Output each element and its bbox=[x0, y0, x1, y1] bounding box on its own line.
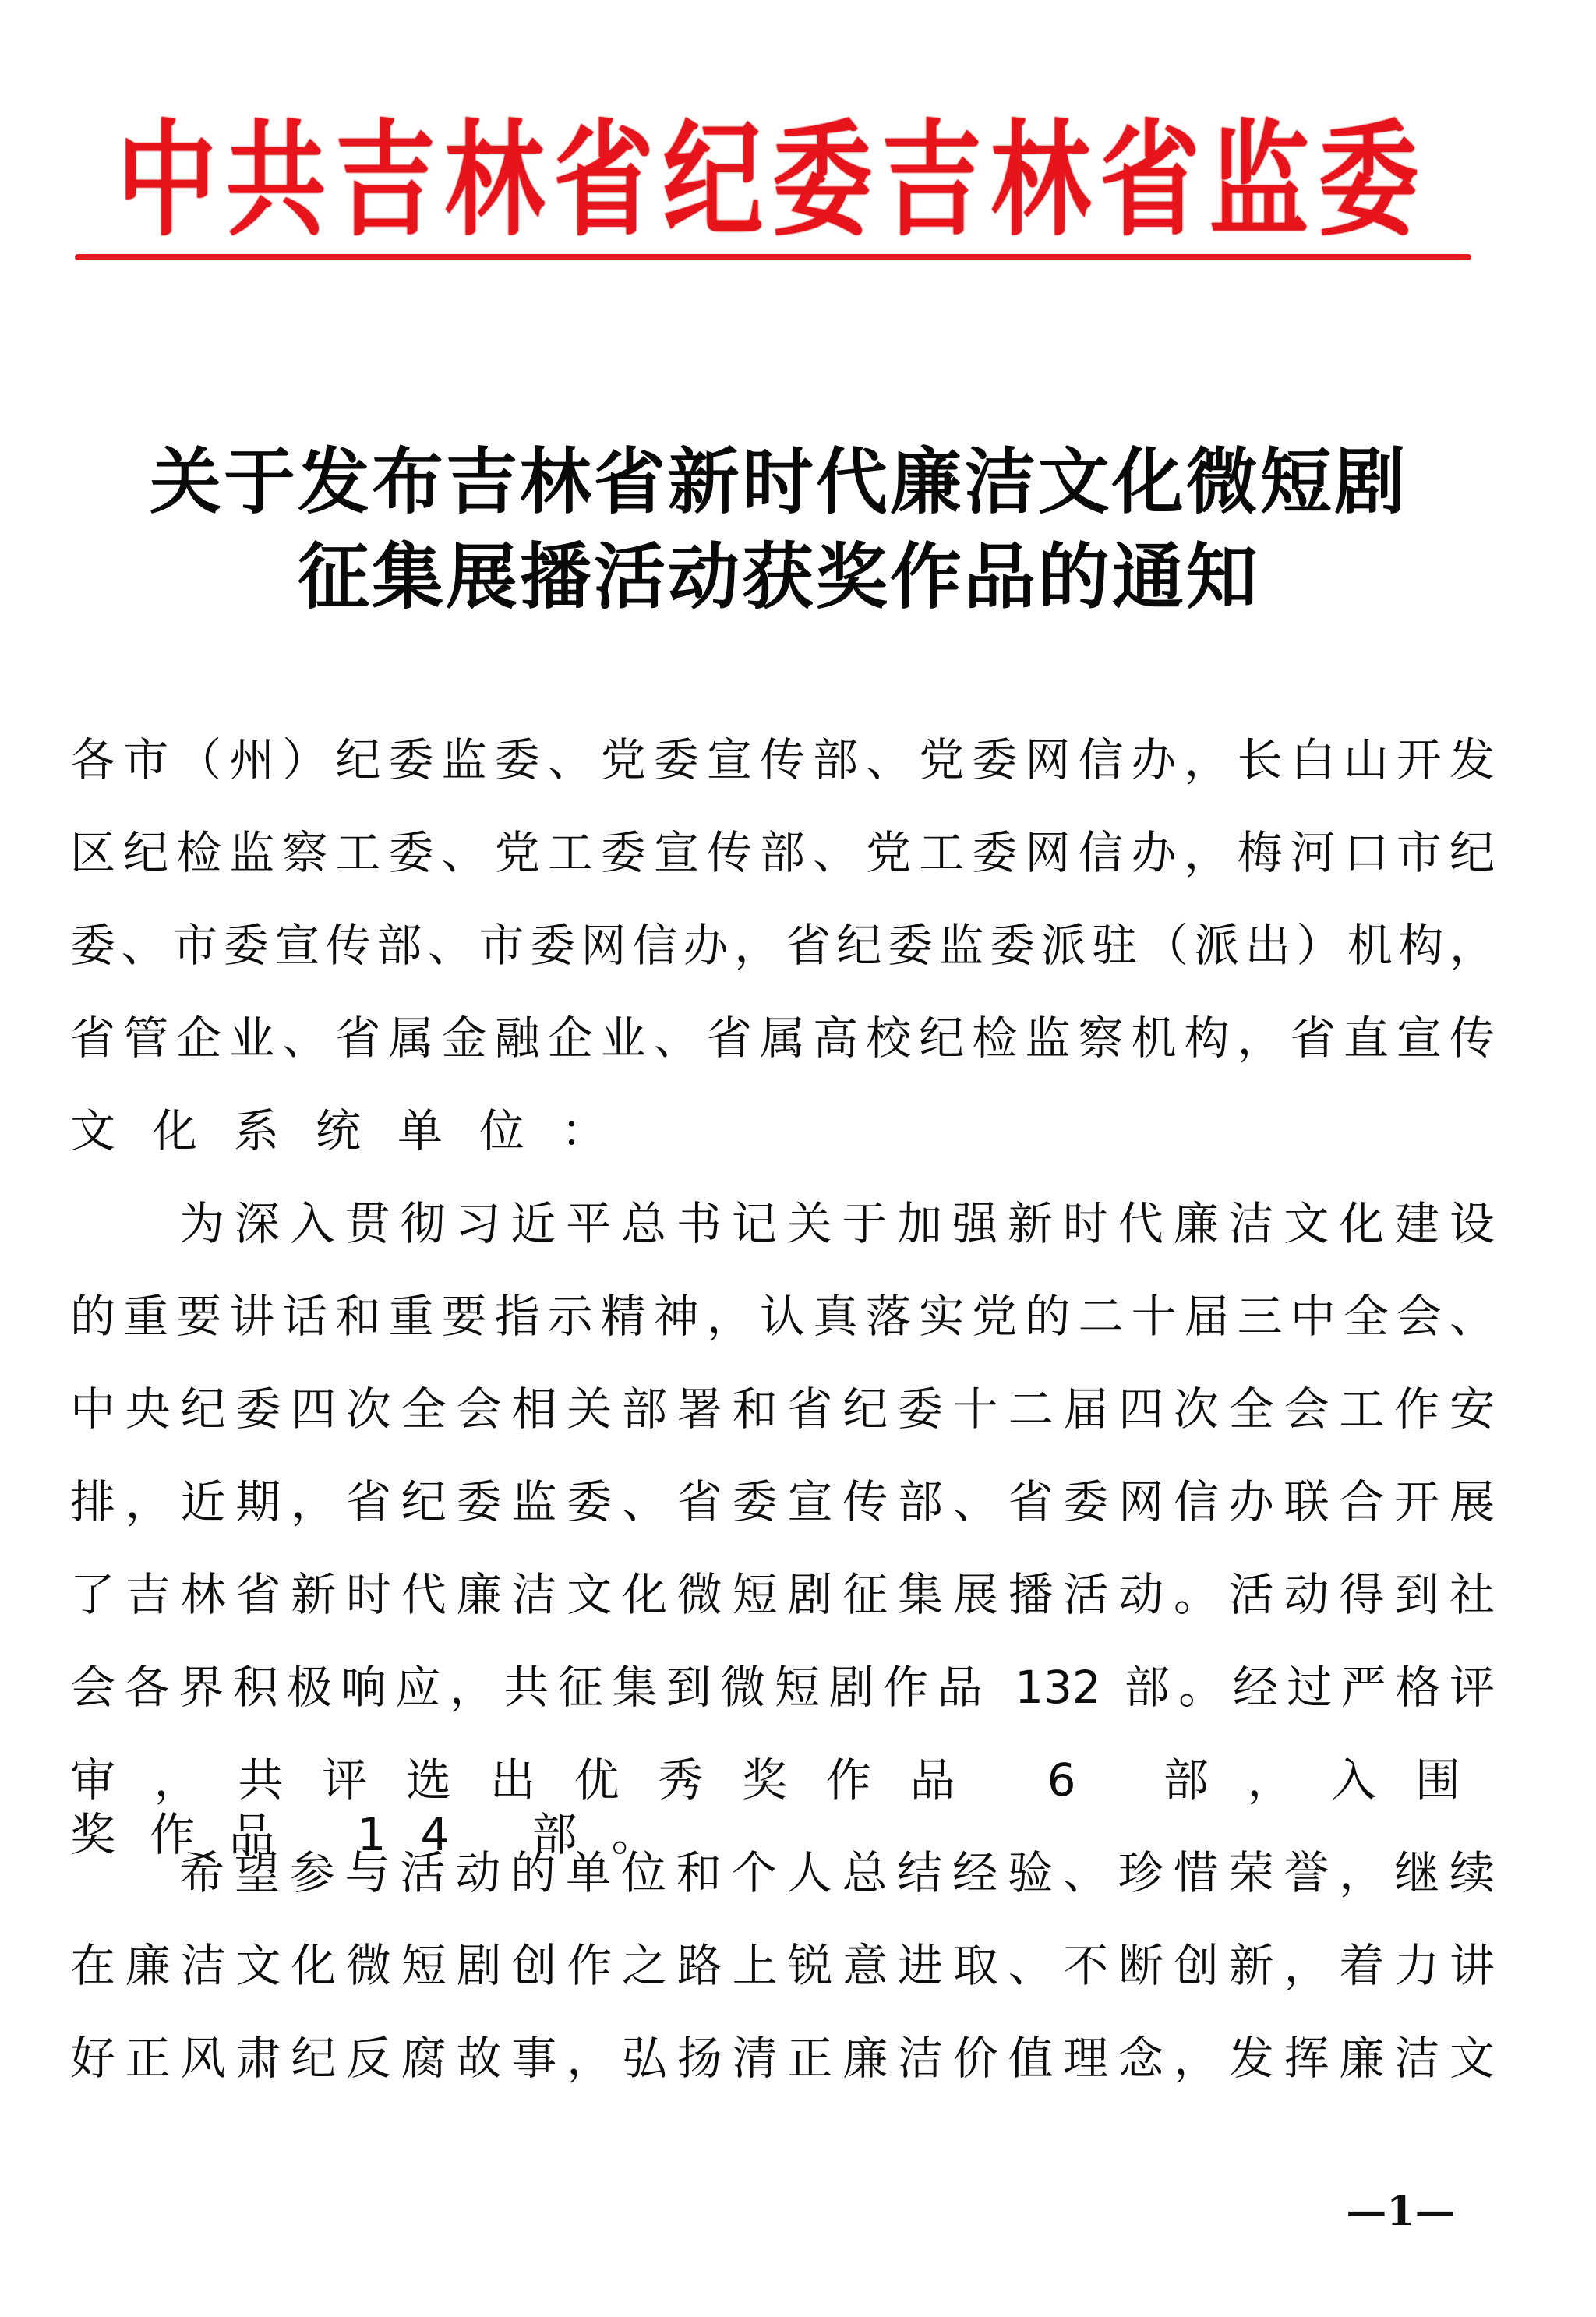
title-char: 动 bbox=[668, 541, 740, 613]
org-char: 林 bbox=[990, 119, 1090, 244]
org-char: 委 bbox=[772, 119, 872, 244]
red-header-rule bbox=[75, 254, 1471, 260]
org-char: 吉 bbox=[881, 119, 981, 244]
page-number: —1— bbox=[1336, 2188, 1465, 2235]
body-line: 区纪检监察工委、党工委宣传部、党工委网信办，梅河口市纪 bbox=[70, 825, 1495, 880]
body-line: 在廉洁文化微短剧创作之路上锐意进取、不断创新，着力讲 bbox=[70, 1938, 1495, 1993]
org-char: 共 bbox=[226, 119, 326, 244]
title-char: 通 bbox=[1112, 541, 1184, 613]
title-char: 微 bbox=[1186, 446, 1258, 517]
title-char: 征 bbox=[298, 541, 369, 613]
body-line: 好正风肃纪反腐故事，弘扬清正廉洁价值理念，发挥廉洁文 bbox=[70, 2031, 1495, 2086]
title-char: 化 bbox=[1112, 446, 1184, 517]
body-line: 了吉林省新时代廉洁文化微短剧征集展播活动。活动得到社 bbox=[70, 1567, 1495, 1622]
body-line: 审，共评选出优秀奖作品 6 部，入围奖作品 14 部。 bbox=[70, 1753, 1495, 1807]
org-char: 中 bbox=[117, 119, 217, 244]
body-line: 排，近期，省纪委监委、省委宣传部、省委网信办联合开展 bbox=[70, 1475, 1495, 1529]
body-line: 文化系统单位： bbox=[70, 1104, 1495, 1158]
title-char: 作 bbox=[890, 541, 962, 613]
title-char: 活 bbox=[594, 541, 666, 613]
org-char: 吉 bbox=[335, 119, 435, 244]
document-title-line-2: 征集展播活动获奖作品的通知 bbox=[298, 541, 1258, 613]
org-char: 省 bbox=[1100, 119, 1200, 244]
title-char: 新 bbox=[668, 446, 740, 517]
title-char: 布 bbox=[372, 446, 443, 517]
org-char: 省 bbox=[554, 119, 654, 244]
title-char: 于 bbox=[224, 446, 295, 517]
document-title-line-1: 关于发布吉林省新时代廉洁文化微短剧 bbox=[150, 446, 1406, 517]
title-char: 获 bbox=[742, 541, 814, 613]
title-char: 吉 bbox=[446, 446, 517, 517]
body-line: 省管企业、省属金融企业、省属高校纪检监察机构，省直宣传 bbox=[70, 1011, 1495, 1065]
title-char: 代 bbox=[816, 446, 888, 517]
body-line: 会各界积极响应，共征集到微短剧作品 132 部。经过严格评 bbox=[70, 1660, 1495, 1715]
title-char: 知 bbox=[1186, 541, 1258, 613]
title-char: 播 bbox=[520, 541, 591, 613]
title-char: 品 bbox=[964, 541, 1036, 613]
title-char: 洁 bbox=[964, 446, 1036, 517]
organization-header: 中 共 吉 林 省 纪 委 吉 林 省 监 委 bbox=[117, 123, 1418, 240]
body-line: 中央纪委四次全会相关部署和省纪委十二届四次全会工作安 bbox=[70, 1382, 1495, 1436]
title-char: 林 bbox=[520, 446, 591, 517]
org-char: 监 bbox=[1209, 119, 1309, 244]
title-char: 时 bbox=[742, 446, 814, 517]
title-char: 奖 bbox=[816, 541, 888, 613]
title-char: 短 bbox=[1260, 446, 1332, 517]
title-char: 廉 bbox=[890, 446, 962, 517]
body-line: 各市（州）纪委监委、党委宣传部、党委网信办，长白山开发 bbox=[70, 733, 1495, 787]
title-char: 集 bbox=[372, 541, 443, 613]
body-line: 希望参与活动的单位和个人总结经验、珍惜荣誉，继续 bbox=[179, 1845, 1495, 1900]
title-char: 的 bbox=[1038, 541, 1110, 613]
title-char: 省 bbox=[594, 446, 666, 517]
body-line: 为深入贯彻习近平总书记关于加强新时代廉洁文化建设 bbox=[179, 1196, 1495, 1251]
body-line: 的重要讲话和重要指示精神，认真落实党的二十届三中全会、 bbox=[70, 1289, 1495, 1344]
title-char: 展 bbox=[446, 541, 517, 613]
title-char: 剧 bbox=[1334, 446, 1406, 517]
body-line: 委、市委宣传部、市委网信办，省纪委监委派驻（派出）机构， bbox=[70, 918, 1495, 973]
title-char: 文 bbox=[1038, 446, 1110, 517]
org-char: 委 bbox=[1319, 119, 1418, 244]
org-char: 纪 bbox=[663, 119, 763, 244]
title-char: 关 bbox=[150, 446, 221, 517]
title-char: 发 bbox=[298, 446, 369, 517]
org-char: 林 bbox=[445, 119, 545, 244]
